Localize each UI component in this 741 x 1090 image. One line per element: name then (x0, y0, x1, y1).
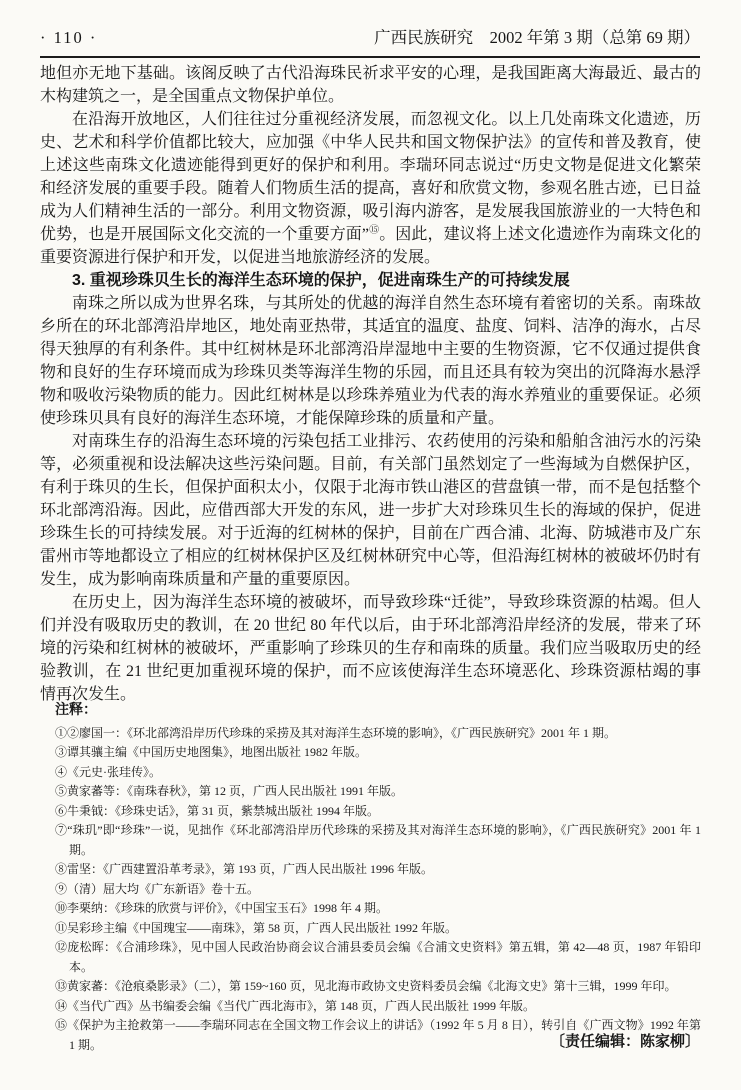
note-item: ①②廖国一：《环北部湾沿岸历代珍珠的采捞及其对海洋生态环境的影响》，《广西民族研… (55, 724, 701, 744)
journal-title: 广西民族研究 2002 年第 3 期（总第 69 期） (374, 24, 700, 48)
body-paragraph-4: 对南珠生存的沿海生态环境的污染包括工业排污、农药使用的污染和船舶含油污水的污染等… (40, 430, 701, 591)
note-item: ⑦“珠玑”即“珍珠”一说，见拙作《环北部湾沿岸历代珍珠的采捞及其对海洋生态环境的… (55, 821, 701, 860)
running-head: · 110 · 广西民族研究 2002 年第 3 期（总第 69 期） (40, 24, 700, 58)
note-item: ⑥牛秉钺：《珍珠史话》，第 31 页，紫禁城出版社 1994 年版。 (55, 802, 701, 822)
note-item: ③谭其骧主编《中国历史地图集》，地图出版社 1982 年版。 (55, 743, 701, 763)
note-item: ⑧雷坚：《广西建置沿革考录》，第 193 页，广西人民出版社 1996 年版。 (55, 860, 701, 880)
editor-credit: 〔责任编辑：陈家柳〕 (550, 1030, 700, 1051)
body-paragraph-5: 在历史上，因为海洋生态环境的被破坏，而导致珍珠“迁徙”，导致珍珠资源的枯竭。但人… (40, 591, 701, 706)
note-reference-15: ⑮ (369, 225, 379, 236)
note-item: ⑫庞松晖：《合浦珍珠》，见中国人民政治协商会议合浦县委员会编《合浦文史资料》第五… (55, 938, 701, 977)
notes-label: 注释： (55, 700, 701, 720)
paragraph-2-text-before: 在沿海开放地区，人们往往过分重视经济发展，而忽视文化。以上几处南珠文化遗迹，历史… (40, 111, 701, 243)
note-item: ⑩李栗纳：《珍珠的欣赏与评价》，《中国宝玉石》1998 年 4 期。 (55, 899, 701, 919)
notes-section: 注释： ①②廖国一：《环北部湾沿岸历代珍珠的采捞及其对海洋生态环境的影响》，《广… (55, 700, 701, 1055)
section-heading-3: 3. 重视珍珠贝生长的海洋生态环境的保护，促进南珠生产的可持续发展 (40, 269, 701, 292)
page-number: · 110 · (40, 28, 97, 48)
note-item: ④《元史·张珪传》。 (55, 763, 701, 783)
body-paragraph-2: 在沿海开放地区，人们往往过分重视经济发展，而忽视文化。以上几处南珠文化遗迹，历史… (40, 108, 701, 269)
body-paragraph-3: 南珠之所以成为世界名珠，与其所处的优越的海洋自然生态环境有着密切的关系。南珠故乡… (40, 292, 701, 430)
note-item: ⑭《当代广西》丛书编委会编《当代广西北海市》，第 148 页，广西人民出版社 1… (55, 997, 701, 1017)
note-item: ⑬黄家蕃：《沧痕桑影录》（二），第 159~160 页，见北海市政协文史资料委员… (55, 977, 701, 997)
body-paragraph-1: 地但亦无地下基础。该阁反映了古代沿海珠民祈求平安的心理，是我国距离大海最近、最古… (40, 62, 701, 108)
article-body: 地但亦无地下基础。该阁反映了古代沿海珠民祈求平安的心理，是我国距离大海最近、最古… (40, 62, 701, 706)
journal-page: · 110 · 广西民族研究 2002 年第 3 期（总第 69 期） 地但亦无… (0, 0, 741, 1090)
note-item: ⑨（清）屈大均《广东新语》卷十五。 (55, 880, 701, 900)
note-item: ⑤黄家蕃等：《南珠春秋》，第 12 页，广西人民出版社 1991 年版。 (55, 782, 701, 802)
note-item: ⑪吴彩珍主编《中国瑰宝——南珠》，第 58 页，广西人民出版社 1992 年版。 (55, 919, 701, 939)
